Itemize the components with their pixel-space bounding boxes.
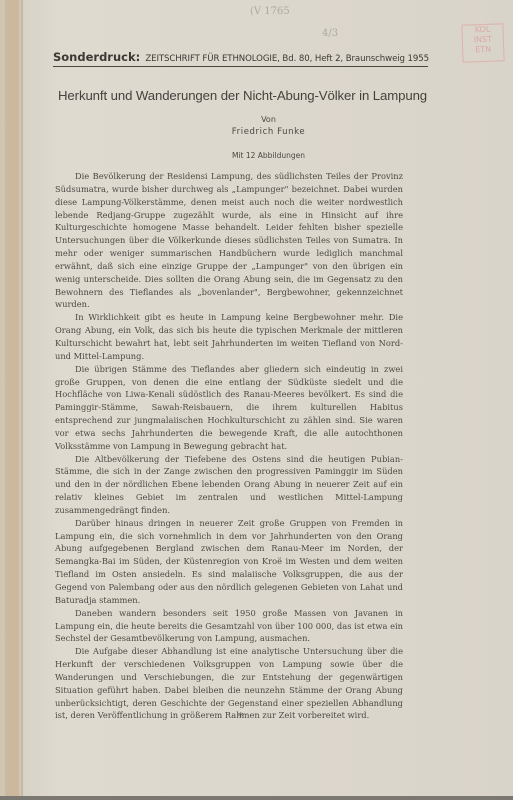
section-divider: * — [238, 710, 244, 723]
paragraph: Die Altbevölkerung der Tiefebene des Ost… — [55, 453, 403, 517]
article-title: Herkunft und Wanderungen der Nicht-Abung… — [58, 88, 458, 103]
paragraph: In Wirklichkeit gibt es heute in Lampung… — [55, 311, 403, 362]
paragraph: Die Bevölkerung der Residensi Lampung, d… — [55, 170, 403, 311]
paragraph: Die Aufgabe dieser Abhandlung ist eine a… — [55, 645, 403, 722]
illustrations-note: Mit 12 Abbildungen — [0, 151, 513, 160]
offprint-label: Sonderdruck: — [53, 50, 140, 64]
handwritten-catalog-number: (V 1765 — [250, 6, 290, 17]
paragraph: Darüber hinaus dringen in neuerer Zeit g… — [55, 517, 403, 607]
offprint-header: Sonderdruck: ZEITSCHRIFT FÜR ETHNOLOGIE,… — [53, 46, 428, 67]
document-page: (V 1765 4/3 KOL INST ETN Sonderdruck: ZE… — [0, 0, 513, 796]
library-stamp: KOL INST ETN — [461, 23, 504, 62]
author-name: Friedrich Funke — [0, 127, 513, 137]
journal-citation: ZEITSCHRIFT FÜR ETHNOLOGIE, Bd. 80, Heft… — [145, 54, 429, 64]
page-bottom-edge — [0, 796, 513, 800]
paragraph: Daneben wandern besonders seit 1950 groß… — [55, 607, 403, 646]
paragraph: Die übrigen Stämme des Tieflandes aber g… — [55, 363, 403, 453]
article-body: Die Bevölkerung der Residensi Lampung, d… — [55, 170, 403, 722]
byline-prefix: Von — [0, 115, 513, 124]
stamp-line: ETN — [463, 44, 503, 55]
handwritten-mark: 4/3 — [322, 28, 338, 39]
